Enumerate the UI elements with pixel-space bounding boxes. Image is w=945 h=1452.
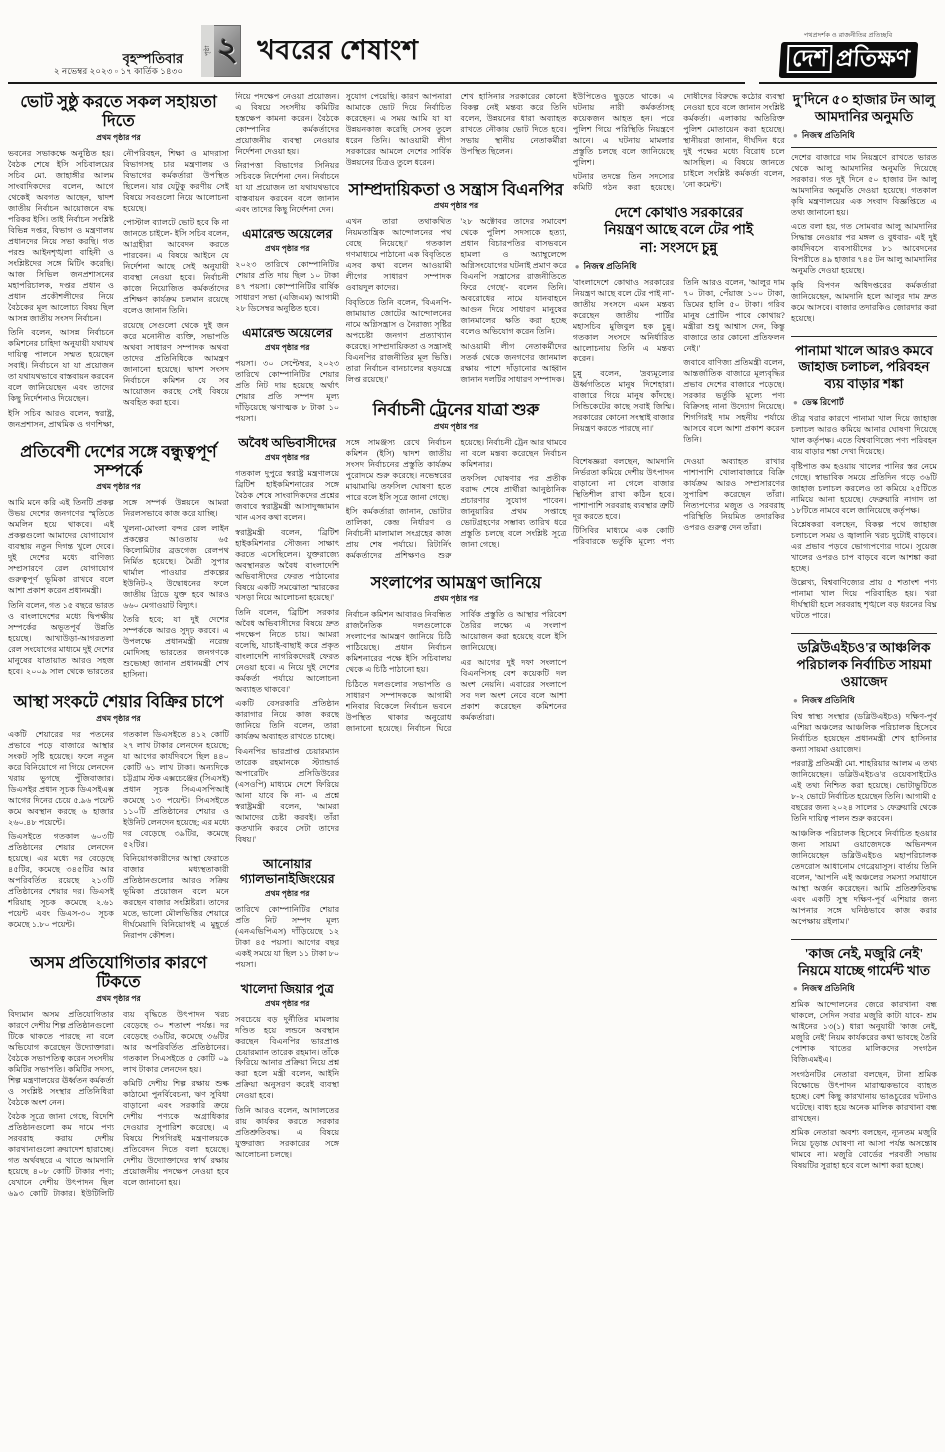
article: প্রতিবেশী দেশের সঙ্গে বন্ধুত্বপূর্ণ সম্প… — [8, 442, 229, 682]
news-column: ইউপিতেও ছুড়তে থাকে। এ ঘটনায় নারী কর্মক… — [573, 92, 785, 1444]
article-paragraph: বিদ্যমান অসম প্রতিযোগিতার কারণে দেশীয় শ… — [8, 1010, 114, 1109]
article-paragraph: গতকাল ডিএসইতে ৪১২ কোটি ২৭ লাখ টাকার লেনদ… — [123, 730, 229, 851]
article: পানামা খালে আরও কমবে জাহাজ চলাচল, পরিবহন… — [791, 336, 937, 623]
article-body: সঙ্গে সামঞ্জস্য রেখে নির্বাচন কমিশন (ইসি… — [346, 438, 567, 562]
byline: ●নিজস্ব প্রতিনিধি — [793, 982, 937, 996]
article-paragraph: নিয়ে পদক্ষেপ নেওয়া প্রয়োজন। এ বিষয়ে … — [235, 92, 339, 158]
article-headline: দু'দিনে ৫০ হাজার টন আলু আমদানির অনুমতি — [791, 92, 937, 126]
article-headline: সাম্প্রদায়িকতা ও সন্ত্রাস বিএনপির — [346, 180, 567, 199]
article-body: এখন তারা তথাকথিত নিয়মতান্ত্রিক আন্দোলনে… — [346, 217, 567, 389]
article-body: একটি শেয়ারের দর পতনের প্রভাবে পড়ে বাজা… — [8, 730, 229, 942]
article-headline: এমারেল্ড অয়েলের — [235, 326, 339, 341]
article: সংলাপের আমন্ত্রণ জানিয়েপ্রথম পৃষ্ঠার পর… — [346, 573, 567, 735]
article-headline: 'কাজ নেই, মজুরি নেই' নিয়মে যাচ্ছে গার্ম… — [791, 946, 937, 980]
article-paragraph: বিশেষজ্ঞরা বলছেন, আমদানি নির্ভরতা কমিয়ে… — [573, 457, 675, 523]
article-paragraph: বিবৃতিতে তিনি বলেন, 'বিএনপি-জামায়াত জোট… — [346, 298, 452, 386]
article-paragraph: বিশ্ব স্বাস্থ্য সংস্থার (ডব্লিউএইচও) দক্… — [791, 712, 937, 756]
date-block: বৃহস্পতিবার ২ নভেম্বর ২০২৩ ▫ ১৭ কার্তিক … — [54, 52, 183, 77]
article-paragraph: দেশের বাজারে দাম নিয়ন্ত্রণে রাখতে ভারত … — [791, 153, 937, 219]
byline-bullet-icon: ● — [793, 985, 798, 993]
byline-text: নিজস্ব প্রতিনিধি — [802, 694, 855, 708]
article-paragraph: উল্লেখ্য, বিশ্ববাণিজ্যের প্রায় ৫ শতাংশ … — [791, 578, 937, 622]
article-paragraph: কমিটি দেশীয় শিল্প রক্ষায় শুল্ক কাঠামো … — [123, 1079, 229, 1189]
masthead: বৃহস্পতিবার ২ নভেম্বর ২০২৩ ▫ ১৭ কার্তিক … — [8, 20, 937, 84]
article-paragraph: আঞ্চলিক পরিচালক হিসেবে নির্বাচিত হওয়ার … — [791, 829, 937, 928]
article-body: বিদ্যমান অসম প্রতিযোগিতার কারণে দেশীয় শ… — [8, 1010, 229, 1200]
article-headline: প্রতিবেশী দেশের সঙ্গে বন্ধুত্বপূর্ণ সম্প… — [8, 442, 229, 481]
article-paragraph: বৃষ্টিপাত কম হওয়ায় খালের পানির স্তর নে… — [791, 462, 937, 517]
article-headline: নির্বাচনী ট্রেনের যাত্রা শুরু — [346, 400, 567, 419]
masthead-left: বৃহস্পতিবার ২ নভেম্বর ২০২৩ ▫ ১৭ কার্তিক … — [8, 25, 745, 84]
newspaper-page: বৃহস্পতিবার ২ নভেম্বর ২০২৩ ▫ ১৭ কার্তিক … — [0, 0, 945, 1452]
byline-text: ডেস্ক রিপোর্ট — [802, 396, 844, 410]
byline-bullet-icon: ● — [575, 263, 580, 271]
article-headline: অবৈধ অভিবাসীদের — [235, 436, 339, 451]
byline-bullet-icon: ● — [793, 132, 798, 140]
news-column: সুযোগ পেয়েছি। কারণ আপনারা আমাকে ভোট দিয… — [346, 92, 567, 1444]
article-headline: দেশে কোথাও সরকারের নিয়ন্ত্রণ আছে বলে টে… — [599, 205, 759, 256]
article: অবৈধ অভিবাসীদেরপ্রথম পৃষ্ঠার পরগতকাল দুপ… — [235, 436, 339, 845]
article-paragraph: তিনি আরও বলেন, আদালতের রায় কার্যকর করতে… — [235, 1106, 339, 1161]
newspaper-logo: পথপ্রদর্শক ও রাজনীতির প্রতিচ্ছবি দেশপ্রত… — [759, 30, 937, 84]
continued-from-page-one-label: প্রথম পৃষ্ঠার পর — [235, 342, 339, 355]
article-paragraph: নিরাপত্তা বিভাগের সিনিয়র সচিবকে নির্দেশ… — [235, 161, 339, 216]
article-paragraph: খুলনা-মোংলা বন্দর রেল লাইন প্রকল্পের আওত… — [123, 524, 229, 612]
article-paragraph: তিনি আরও বলেন, 'আলুর দাম ৭০ টাকা, পেঁয়া… — [683, 278, 785, 355]
article-body: আমি মনে করি এই তিনটি প্রকল্প উভয় দেশের … — [8, 498, 229, 681]
article-paragraph: স্বরাষ্ট্রমন্ত্রী বলেন, 'ব্রিটিশ হাইকমিশ… — [235, 528, 339, 605]
article-paragraph: একটি শেয়ারের দর পতনের প্রভাবে পড়ে বাজা… — [8, 730, 114, 829]
article-headline: খালেদা জিয়ার পুত্র — [235, 982, 339, 997]
article-paragraph: বিশ্লেষকরা বলছেন, বিকল্প পথে জাহাজ চলাচল… — [791, 520, 937, 575]
byline: ●ডেস্ক রিপোর্ট — [793, 396, 937, 410]
article-headline: ভোট সুষ্ঠু করতে সকল সহায়তা দিতে — [8, 92, 229, 131]
article-body: বিশেষজ্ঞরা বলছেন, আমদানি নির্ভরতা কমিয়ে… — [573, 457, 785, 548]
article: নিয়ে পদক্ষেপ নেওয়া প্রয়োজন। এ বিষয়ে … — [235, 92, 339, 216]
continued-from-page-one-label: প্রথম পৃষ্ঠার পর — [8, 132, 229, 145]
article-body: সুযোগ পেয়েছি। কারণ আপনারা আমাকে ভোট দিয… — [346, 92, 567, 169]
article-headline: অসম প্রতিযোগিতার কারণে টিকতে — [8, 953, 229, 992]
article-paragraph: তীব্র খরার কারণে পানামা খাল দিয়ে জাহাজ … — [791, 414, 937, 458]
article: খালেদা জিয়ার পুত্রপ্রথম পৃষ্ঠার পরসবচেয… — [235, 982, 339, 1161]
page-label: পৃষ্ঠা — [201, 25, 214, 77]
article: এমারেল্ড অয়েলেরপ্রথম পৃষ্ঠার পরপয়সা। ৩… — [235, 326, 339, 425]
byline: ●নিজস্ব প্রতিনিধি — [793, 694, 937, 708]
article-paragraph: তিনি বলেন, 'ব্রিটিশ সরকার অবৈধ অভিবাসীদে… — [235, 608, 339, 696]
byline-text: নিজস্ব প্রতিনিধি — [802, 129, 855, 143]
article: অসম প্রতিযোগিতার কারণে টিকতেপ্রথম পৃষ্ঠা… — [8, 953, 229, 1200]
article: আনোয়ার গ্যালভানাইজিংয়েরপ্রথম পৃষ্ঠার প… — [235, 857, 339, 971]
news-column: দু'দিনে ৫০ হাজার টন আলু আমদানির অনুমতি●ন… — [791, 92, 937, 1444]
continued-from-page-one-label: প্রথম পৃষ্ঠার পর — [346, 593, 567, 606]
article-paragraph: সবচেয়ে বড় দুর্নীতির মামলায় দণ্ডিত হয়… — [235, 1015, 339, 1103]
article-paragraph: কৃষি বিপণন অধিদপ্তরের কর্মকর্তারা জানিয়… — [791, 281, 937, 325]
article-body: ইউপিতেও ছুড়তে থাকে। এ ঘটনায় নারী কর্মক… — [573, 92, 785, 194]
article-paragraph: আমি মনে করি এই তিনটি প্রকল্প উভয় দেশের … — [8, 498, 114, 597]
continued-from-page-one-label: প্রথম পৃষ্ঠার পর — [8, 481, 229, 494]
continued-from-page-one-label: প্রথম পৃষ্ঠার পর — [346, 421, 567, 434]
byline: ●নিজস্ব প্রতিনিধি — [575, 260, 785, 274]
byline-text: নিজস্ব প্রতিনিধি — [802, 982, 855, 996]
logo-wordmark: দেশপ্রতিক্ষণ — [778, 42, 917, 78]
article-paragraph: এখন তারা তথাকথিত নিয়মতান্ত্রিক আন্দোলনে… — [346, 217, 452, 294]
article: বিশেষজ্ঞরা বলছেন, আমদানি নির্ভরতা কমিয়ে… — [573, 457, 785, 548]
article-body: নির্বাচন কমিশন আবারও নিবন্ধিত রাজনৈতিক দ… — [346, 610, 567, 734]
continued-from-page-one-label: প্রথম পৃষ্ঠার পর — [235, 243, 339, 256]
article-paragraph: পোস্টাল ব্যালটে ভোট হবে কি না জানতে চাইল… — [123, 218, 229, 317]
article-paragraph: শ্রমিক আন্দোলনের জেরে কারখানা বন্ধ থাকলে… — [791, 1000, 937, 1066]
page-number: ২ — [214, 25, 241, 77]
article-paragraph: একটি বেসরকারি প্রতিষ্ঠান কারাগার নিয়ে ক… — [235, 699, 339, 743]
logo-word-2: প্রতিক্ষণ — [835, 46, 910, 71]
article-paragraph: 'বাংলাদেশে কোথাও সরকারের নিয়ন্ত্রণ আছে … — [573, 278, 675, 366]
article-paragraph: ২০২৩ তারিখে কোম্পানিটির শেয়ার প্রতি দায… — [235, 260, 339, 315]
article: সুযোগ পেয়েছি। কারণ আপনারা আমাকে ভোট দিয… — [346, 92, 567, 169]
article-paragraph: সংগঠনটির নেতারা বলছেন, টানা শ্রমিক বিক্ষ… — [791, 1070, 937, 1125]
columns: ভোট সুষ্ঠু করতে সকল সহায়তা দিতেপ্রথম পৃ… — [8, 92, 937, 1444]
article-paragraph: তৈরি হবে; যা দুই দেশের সম্পর্ককে আরও সুদ… — [123, 615, 229, 681]
article-paragraph: বিএনপির ভারপ্রাপ্ত চেয়ারম্যান তারেক রহম… — [235, 747, 339, 846]
article-headline: এমারেল্ড অয়েলের — [235, 227, 339, 242]
continued-from-page-one-label: প্রথম পৃষ্ঠার পর — [235, 452, 339, 465]
news-column: ভোট সুষ্ঠু করতে সকল সহায়তা দিতেপ্রথম পৃ… — [8, 92, 229, 1444]
article: ভোট সুষ্ঠু করতে সকল সহায়তা দিতেপ্রথম পৃ… — [8, 92, 229, 431]
logo-word-1: দেশ — [786, 45, 832, 73]
byline: ●নিজস্ব প্রতিনিধি — [793, 129, 937, 143]
article-paragraph: এর আগের দুই দফা সংলাপে বিএনপিসহ বেশ কয়ে… — [461, 658, 567, 724]
article: দেশে কোথাও সরকারের নিয়ন্ত্রণ আছে বলে টে… — [573, 205, 785, 446]
article: দু'দিনে ৫০ হাজার টন আলু আমদানির অনুমতি●ন… — [791, 92, 937, 325]
continued-from-page-one-label: প্রথম পৃষ্ঠার পর — [8, 993, 229, 1006]
article-body: ভবনের সভাকক্ষে অনুষ্ঠিত হয়। বৈঠক শেষে ই… — [8, 149, 229, 431]
article-paragraph: রয়েছে সেগুলো থেকে দুই জন করে মনোনীত ব্য… — [123, 321, 229, 409]
headline-rule — [791, 147, 937, 148]
article-paragraph: গতকাল দুপুরে স্বরাষ্ট্র মন্ত্রণালয়ে ব্র… — [235, 469, 339, 524]
article: এমারেল্ড অয়েলেরপ্রথম পৃষ্ঠার পর২০২৩ তার… — [235, 227, 339, 315]
article-paragraph: ডিএসইতে গতকাল ৬০৩টি প্রতিষ্ঠানের শেয়ার … — [8, 832, 114, 931]
continued-from-page-one-label: প্রথম পৃষ্ঠার পর — [346, 200, 567, 213]
article-paragraph: '২৮ অক্টোবর তাদের সমাবেশ থেকে পুলিশ সদস্… — [461, 217, 567, 338]
byline-text: নিজস্ব প্রতিনিধি — [584, 260, 637, 274]
article-headline: আনোয়ার গ্যালভানাইজিংয়ের — [235, 857, 339, 887]
article-paragraph: ভবনের সভাকক্ষে অনুষ্ঠিত হয়। বৈঠক শেষে ই… — [8, 149, 114, 325]
article: ইউপিতেও ছুড়তে থাকে। এ ঘটনায় নারী কর্মক… — [573, 92, 785, 194]
article-paragraph: আওয়ামী লীগ নেতাকর্মীদের সতর্ক থেকে জনগণ… — [461, 342, 567, 386]
article-paragraph: শেখ হাসিনার সরকারের কোনো বিকল্প নেই মন্ত… — [461, 92, 567, 158]
article-paragraph: তিনি বলেন, আসন্ন নির্বাচনে কমিশনের চাহিদ… — [8, 328, 114, 405]
article-headline: পানামা খালে আরও কমবে জাহাজ চলাচল, পরিবহন… — [791, 343, 937, 394]
article-paragraph: জবাবে বাণিজ্য প্রতিমন্ত্রী বলেন, আন্তর্জ… — [683, 358, 785, 446]
article-paragraph: এতে বলা হয়, গত সোমবার আলু আমদানির সিদ্ধ… — [791, 222, 937, 277]
article-paragraph: শ্রমিক নেতারা অবশ্য বলছেন, ন্যূনতম মজুরি… — [791, 1128, 937, 1172]
article: আস্থা সংকটে শেয়ার বিক্রির চাপেপ্রথম পৃষ… — [8, 692, 229, 942]
date-line: ২ নভেম্বর ২০২৩ ▫ ১৭ কার্তিক ১৪৩০ — [54, 67, 183, 77]
article: ডব্লিউএইচও'র আঞ্চলিক পরিচালক নির্বাচিত স… — [791, 633, 937, 927]
continued-from-page-one-label: প্রথম পৃষ্ঠার পর — [235, 998, 339, 1011]
article-body: 'বাংলাদেশে কোথাও সরকারের নিয়ন্ত্রণ আছে … — [573, 278, 785, 446]
continued-from-page-one-label: প্রথম পৃষ্ঠার পর — [235, 888, 339, 901]
weekday-label: বৃহস্পতিবার — [54, 52, 183, 67]
article-paragraph: পররাষ্ট্র প্রতিমন্ত্রী মো. শাহরিয়ার আলম… — [791, 759, 937, 825]
article: নির্বাচনী ট্রেনের যাত্রা শুরুপ্রথম পৃষ্ঠ… — [346, 400, 567, 562]
page-number-box: পৃষ্ঠা ২ — [201, 25, 241, 77]
article-paragraph: ইউপিতেও ছুড়তে থাকে। এ ঘটনায় নারী কর্মক… — [573, 92, 675, 169]
article: সাম্প্রদায়িকতা ও সন্ত্রাস বিএনপিরপ্রথম … — [346, 180, 567, 389]
article-paragraph: বিনিয়োগকারীদের আস্থা ফেরাতে বাজার মধ্যস… — [123, 854, 229, 942]
byline-bullet-icon: ● — [793, 399, 798, 407]
news-column: নিয়ে পদক্ষেপ নেওয়া প্রয়োজন। এ বিষয়ে … — [235, 92, 339, 1444]
article-headline: সংলাপের আমন্ত্রণ জানিয়ে — [346, 573, 567, 592]
article-paragraph: সুযোগ পেয়েছি। কারণ আপনারা আমাকে ভোট দিয… — [346, 92, 452, 169]
article-paragraph: পয়সা। ৩০ সেপ্টেম্বর, ২০২৩ তারিখে কোম্পা… — [235, 359, 339, 425]
logo-tagline: পথপ্রদর্শক ও রাজনীতির প্রতিচ্ছবি — [759, 30, 937, 41]
article-paragraph: সঙ্গে সামঞ্জস্য রেখে নির্বাচন কমিশন (ইসি… — [346, 438, 452, 504]
section-title: খবরের শেষাংশ — [251, 30, 422, 77]
article-headline: আস্থা সংকটে শেয়ার বিক্রির চাপে — [8, 692, 229, 711]
article-paragraph: চুন্নু বলেন, 'দ্রব্যমূল্যের ঊর্ধ্বগতিতে … — [573, 369, 675, 435]
continued-from-page-one-label: প্রথম পৃষ্ঠার পর — [8, 713, 229, 726]
article-paragraph: নির্বাচন কমিশন আবারও নিবন্ধিত রাজনৈতিক দ… — [346, 610, 452, 676]
byline-bullet-icon: ● — [793, 697, 798, 705]
article: 'কাজ নেই, মজুরি নেই' নিয়মে যাচ্ছে গার্ম… — [791, 939, 937, 1173]
article-paragraph: তারিখে কোম্পানিটির শেয়ার প্রতি নিট সম্প… — [235, 905, 339, 971]
article-paragraph: তফসিল ঘোষণার পর প্রতীক বরাদ্দ শেষে প্রার… — [461, 474, 567, 551]
article-headline: ডব্লিউএইচও'র আঞ্চলিক পরিচালক নির্বাচিত স… — [791, 640, 937, 691]
